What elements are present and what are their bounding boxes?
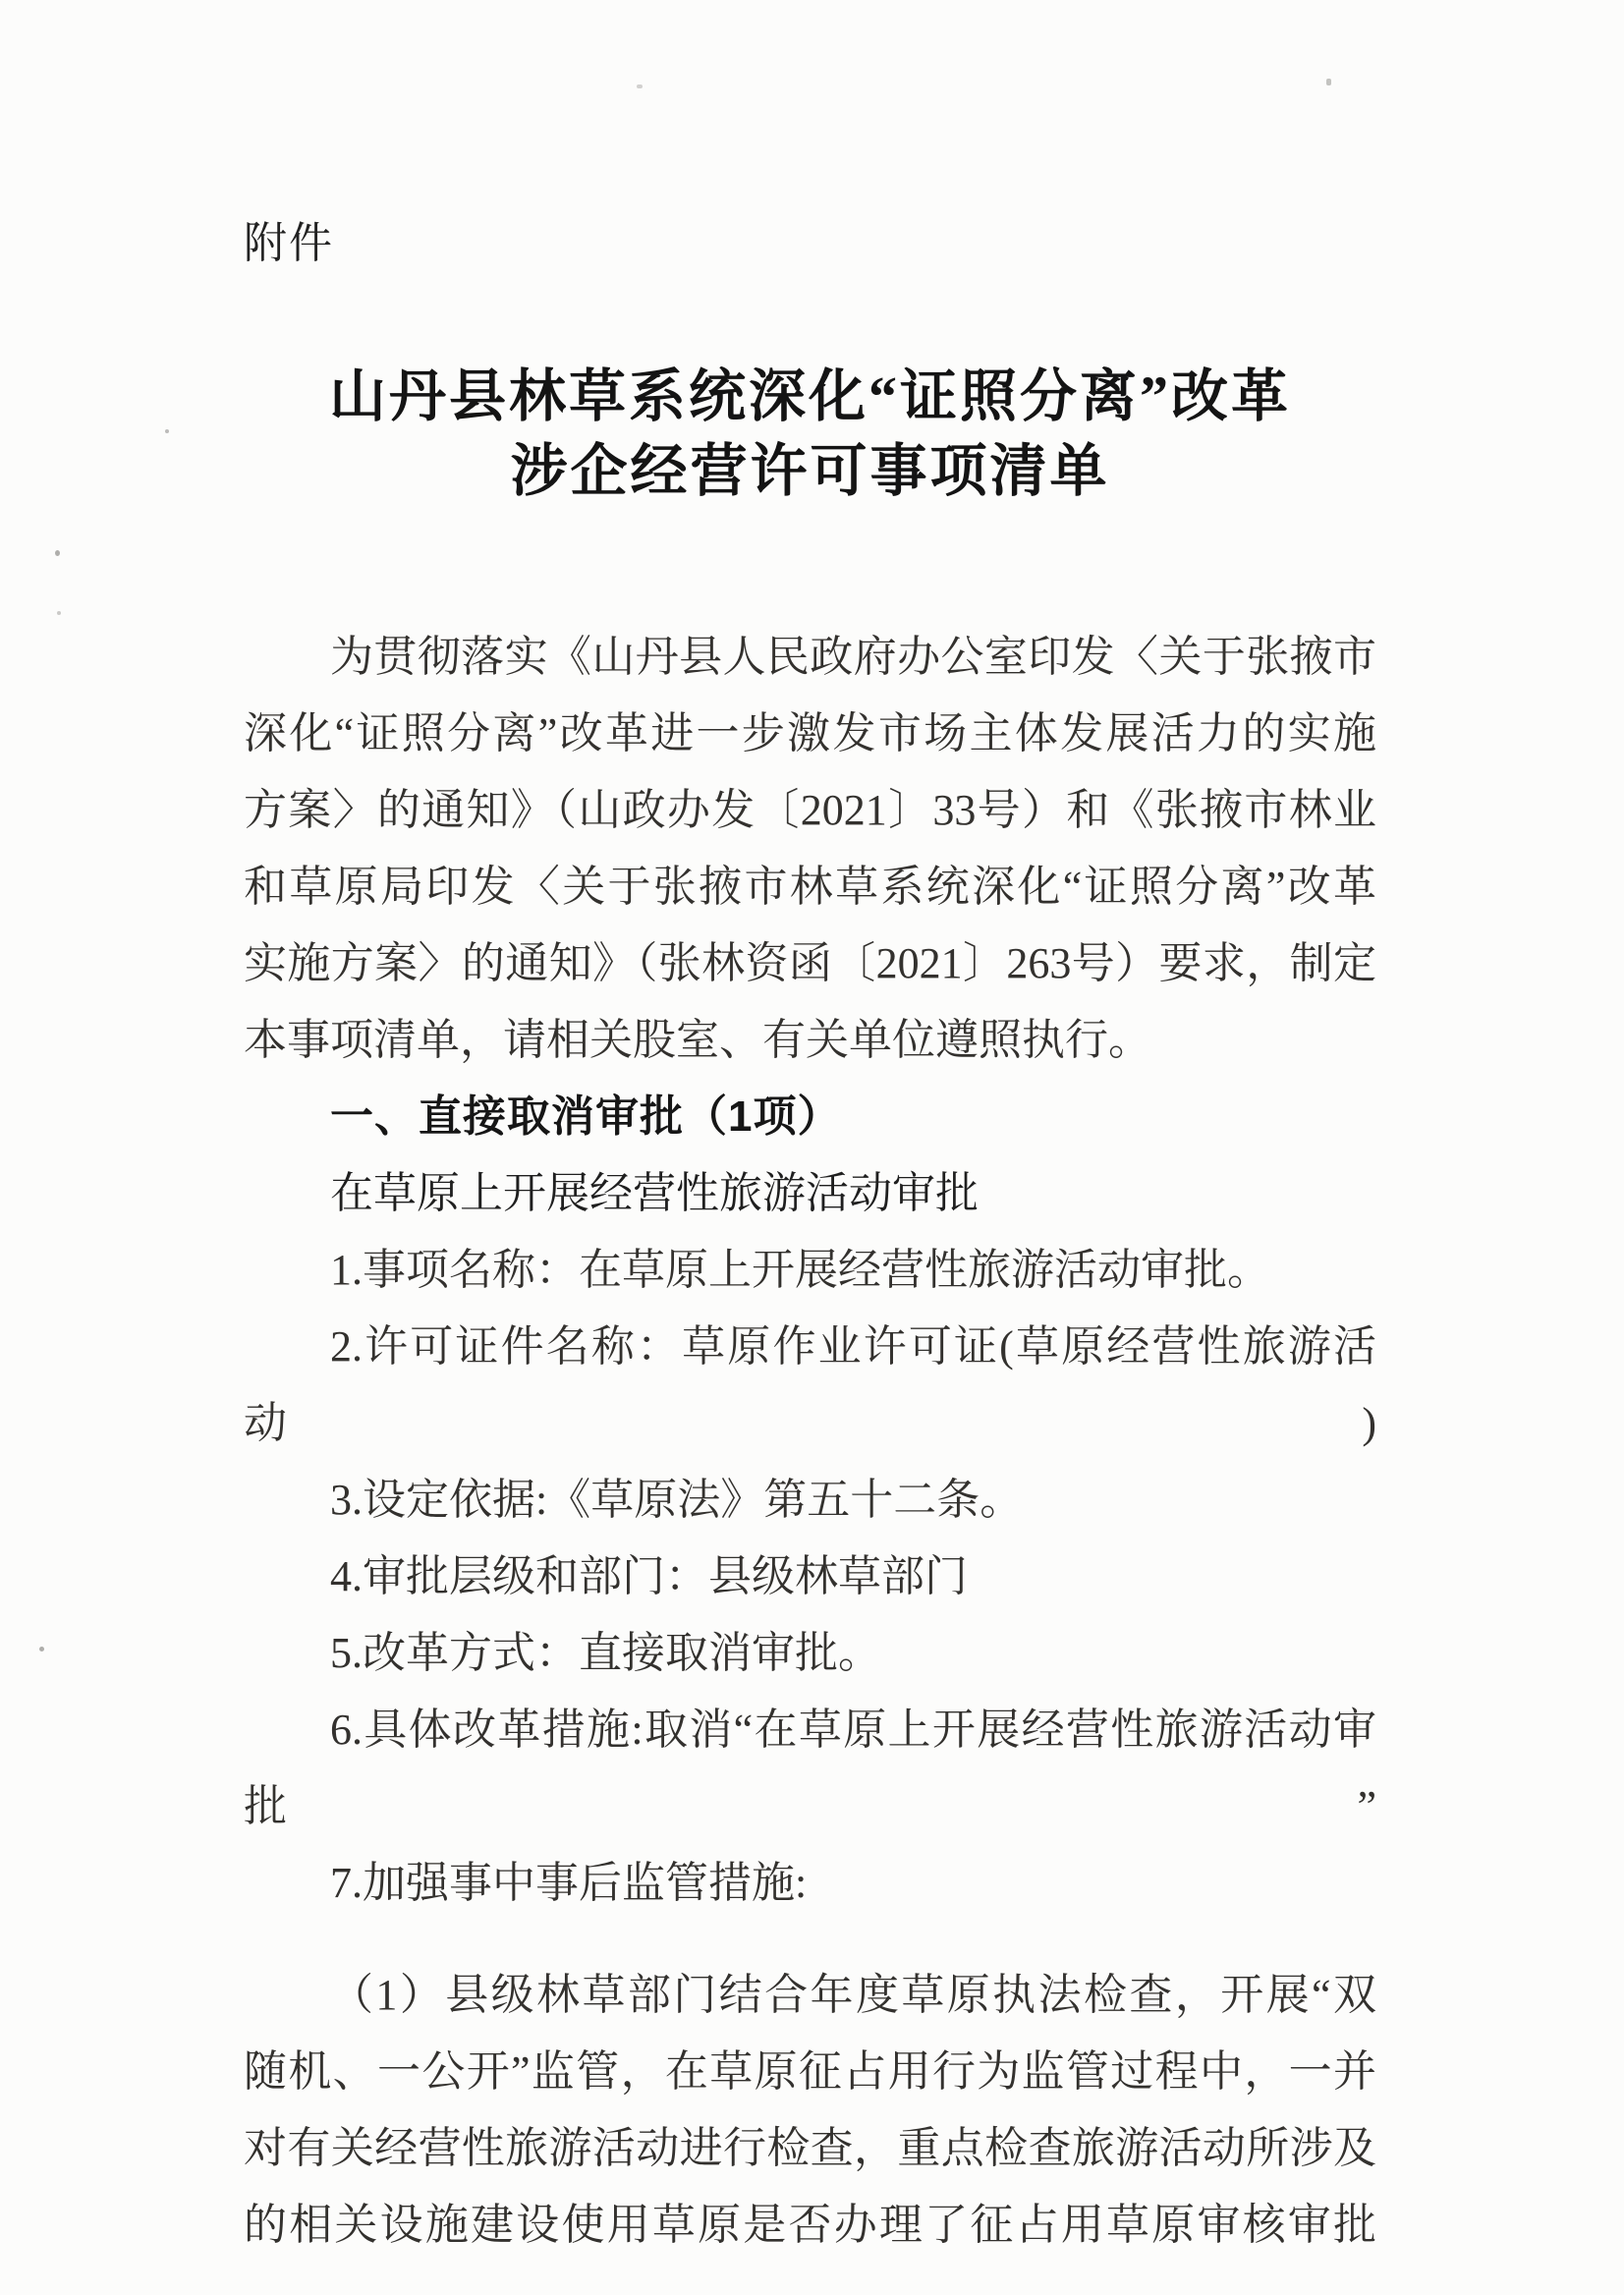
list-item: 7.加强事中事后监管措施: xyxy=(244,1845,1376,1922)
scan-speck xyxy=(1326,79,1331,85)
paragraph1-line: 为贯彻落实《山丹县人民政府办公室印发〈关于张掖市 xyxy=(244,619,1376,696)
paragraph2-line: 随机、一公开”监管，在草原征占用行为监管过程中，一并 xyxy=(244,2034,1376,2110)
paragraph1-line: 方案〉的通知》（山政办发〔2021〕33号）和《张掖市林业 xyxy=(244,772,1376,849)
list-item: 3.设定依据:《草原法》第五十二条。 xyxy=(244,1462,1376,1539)
paragraph1-line: 本事项清单，请相关股室、有关单位遵照执行。 xyxy=(244,1002,1376,1079)
list-item: 6.具体改革措施:取消“在草原上开展经营性旅游活动审批” xyxy=(244,1692,1376,1845)
scan-speck xyxy=(165,429,169,433)
scanned-document-page: 附件 山丹县林草系统深化“证照分离”改革 涉企经营许可事项清单 为贯彻落实《山丹… xyxy=(0,0,1624,2295)
scan-speck xyxy=(637,84,643,88)
paragraph1-line: 和草原局印发〈关于张掖市林草系统深化“证照分离”改革 xyxy=(244,849,1376,925)
document-title: 山丹县林草系统深化“证照分离”改革 涉企经营许可事项清单 xyxy=(244,360,1376,509)
scan-speck xyxy=(55,550,60,556)
document-body: 为贯彻落实《山丹县人民政府办公室印发〈关于张掖市 深化“证照分离”改革进一步激发… xyxy=(244,619,1376,2264)
section-heading: 一、直接取消审批（1项） xyxy=(244,1079,1376,1155)
scan-speck xyxy=(39,1647,44,1651)
paragraph2-line: 对有关经营性旅游活动进行检查，重点检查旅游活动所涉及 xyxy=(244,2110,1376,2187)
scan-speck xyxy=(57,611,61,615)
document-title-line1: 山丹县林草系统深化“证照分离”改革 xyxy=(244,360,1376,434)
paragraph1-line: 实施方案〉的通知》（张林资函〔2021〕263号）要求，制定 xyxy=(244,925,1376,1002)
document-title-line2: 涉企经营许可事项清单 xyxy=(244,434,1376,509)
list-item: 2.许可证件名称：草原作业许可证(草原经营性旅游活动) xyxy=(244,1309,1376,1462)
list-item: 5.改革方式：直接取消审批。 xyxy=(244,1615,1376,1692)
paragraph2-line: （1）县级林草部门结合年度草原执法检查，开展“双 xyxy=(244,1957,1376,2034)
paragraph2-line: 的相关设施建设使用草原是否办理了征占用草原审核审批 xyxy=(244,2187,1376,2264)
paragraph1-line: 深化“证照分离”改革进一步激发市场主体发展活力的实施 xyxy=(244,696,1376,772)
section-subtitle: 在草原上开展经营性旅游活动审批 xyxy=(244,1155,1376,1232)
list-item: 1.事项名称：在草原上开展经营性旅游活动审批。 xyxy=(244,1232,1376,1309)
attachment-label: 附件 xyxy=(244,220,1376,267)
list-item: 4.审批层级和部门：县级林草部门 xyxy=(244,1539,1376,1615)
